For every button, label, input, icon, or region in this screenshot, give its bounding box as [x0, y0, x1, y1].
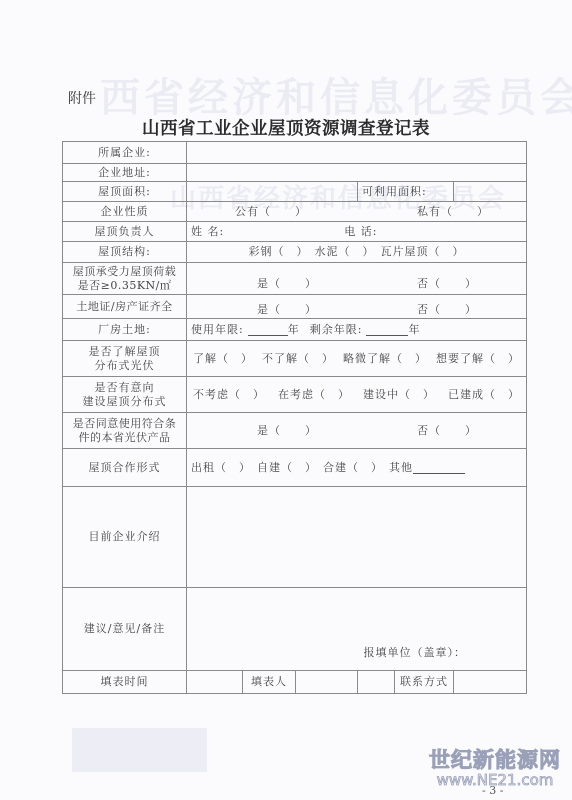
- structure-tile-option[interactable]: 瓦片屋顶（ ）: [381, 245, 465, 259]
- row-address: 企业地址:: [63, 164, 527, 182]
- factory-land-label: 厂房土地:: [63, 319, 187, 341]
- roof-load-label-line1: 屋顶承受力屋顶荷载: [67, 265, 182, 279]
- build-intent-label-line2: 建设屋顶分布式: [67, 395, 182, 409]
- usable-area-label: 可利用面积:: [358, 182, 454, 202]
- filler-field[interactable]: [296, 671, 358, 694]
- pv-awareness-label-line2: 分布式光伏: [67, 359, 182, 373]
- coop-lease-option[interactable]: 出租（ ）: [191, 461, 251, 475]
- contact-name-label: 姓 名:: [191, 225, 224, 239]
- row-cooperation: 屋顶合作形式 出租（ ） 自建（ ） 合建（ ） 其他: [63, 449, 527, 487]
- coop-other-field[interactable]: [413, 462, 465, 474]
- intent-considering-option[interactable]: 在考虑（ ）: [278, 388, 350, 402]
- structure-color-steel-option[interactable]: 彩钢（ ）: [249, 245, 309, 259]
- filler-label: 填表人: [243, 671, 296, 694]
- remaining-years-label: 剩余年限:: [310, 323, 363, 337]
- remaining-years-unit: 年: [408, 323, 420, 337]
- registration-form-table: 所属企业: 企业地址: 屋顶面积: 可利用面积: 企业性质 公有（ ） 私有（ …: [62, 141, 527, 694]
- attachment-label: 附件: [68, 88, 96, 108]
- cooperation-label: 屋顶合作形式: [63, 449, 187, 487]
- structure-concrete-option[interactable]: 水泥（ ）: [315, 245, 375, 259]
- remarks-field[interactable]: 报填单位（盖章）：: [187, 588, 527, 671]
- local-products-label-line2: 件的本省光伏产品: [67, 431, 182, 445]
- roof-load-yes-option[interactable]: 是（ ）: [257, 277, 317, 291]
- pv-aware-slightly-option[interactable]: 略微了解（ ）: [343, 352, 427, 366]
- local-products-no-option[interactable]: 否（ ）: [417, 424, 477, 438]
- company-intro-field[interactable]: [187, 487, 527, 588]
- usage-years-unit: 年: [288, 323, 300, 337]
- coop-self-build-option[interactable]: 自建（ ）: [257, 461, 317, 475]
- usable-area-field[interactable]: [454, 182, 527, 202]
- roof-area-field[interactable]: [187, 182, 358, 202]
- intent-under-construction-option[interactable]: 建设中（ ）: [363, 388, 435, 402]
- ownership-private-option[interactable]: 私有（ ）: [417, 205, 489, 219]
- remarks-label: 建议/意见/备注: [63, 588, 187, 671]
- land-cert-no-option[interactable]: 否（ ）: [417, 303, 477, 317]
- intent-not-considering-option[interactable]: 不考虑（ ）: [193, 388, 265, 402]
- land-certificate-label: 土地证/房产证齐全: [63, 295, 187, 319]
- build-intent-label-line1: 是否有意向: [67, 381, 182, 395]
- roof-contact-label: 屋顶负责人: [63, 222, 187, 242]
- contact-label: 联系方式: [395, 671, 454, 694]
- pv-awareness-label-line1: 是否了解屋顶: [67, 345, 182, 359]
- pv-aware-yes-option[interactable]: 了解（ ）: [193, 352, 253, 366]
- coop-other-label: 其他: [389, 461, 413, 475]
- land-cert-yes-option[interactable]: 是（ ）: [257, 303, 317, 317]
- filler-field-extra[interactable]: [358, 671, 395, 694]
- local-products-yes-option[interactable]: 是（ ）: [257, 424, 317, 438]
- scan-artifact: [72, 728, 207, 772]
- company-field[interactable]: [187, 142, 527, 164]
- pv-aware-no-option[interactable]: 不了解（ ）: [262, 352, 334, 366]
- usage-years-label: 使用年限:: [191, 323, 244, 337]
- page-number: - 3 -: [482, 784, 503, 797]
- address-label: 企业地址:: [63, 164, 187, 182]
- row-local-products: 是否同意使用符合条 件的本省光伏产品 是（ ） 否（ ）: [63, 413, 527, 449]
- row-land-certificate: 土地证/房产证齐全 是（ ） 否（ ）: [63, 295, 527, 319]
- row-remarks: 建议/意见/备注 报填单位（盖章）：: [63, 588, 527, 671]
- roof-structure-label: 屋顶结构:: [63, 242, 187, 263]
- row-roof-structure: 屋顶结构: 彩钢（ ） 水泥（ ） 瓦片屋顶（ ）: [63, 242, 527, 263]
- pv-aware-want-option[interactable]: 想要了解（ ）: [436, 352, 520, 366]
- row-build-intent: 是否有意向 建设屋顶分布式 不考虑（ ） 在考虑（ ） 建设中（ ） 已建成（ …: [63, 377, 527, 413]
- row-company-intro: 目前企业介绍: [63, 487, 527, 588]
- row-company: 所属企业:: [63, 142, 527, 164]
- document-title: 山西省工业企业屋顶资源调查登记表: [0, 115, 572, 140]
- row-roof-load: 屋顶承受力屋顶荷载 是否≥0.35KN/㎡ 是（ ） 否（ ）: [63, 263, 527, 295]
- company-label: 所属企业:: [63, 142, 187, 164]
- row-roof-area: 屋顶面积: 可利用面积:: [63, 182, 527, 202]
- row-roof-contact: 屋顶负责人 姓 名: 电 话:: [63, 222, 527, 242]
- row-footer: 填表时间 填表人 联系方式: [63, 671, 527, 694]
- roof-load-label-line2: 是否≥0.35KN/㎡: [67, 279, 182, 293]
- coop-joint-build-option[interactable]: 合建（ ）: [323, 461, 383, 475]
- roof-area-label: 屋顶面积:: [63, 182, 187, 202]
- roof-load-no-option[interactable]: 否（ ）: [417, 277, 477, 291]
- fill-date-field[interactable]: [187, 671, 243, 694]
- remaining-years-field[interactable]: [366, 324, 408, 336]
- row-ownership: 企业性质 公有（ ） 私有（ ）: [63, 202, 527, 222]
- company-intro-label: 目前企业介绍: [63, 487, 187, 588]
- contact-phone-label: 电 话:: [344, 225, 377, 239]
- usage-years-field[interactable]: [248, 324, 288, 336]
- ownership-public-option[interactable]: 公有（ ）: [235, 205, 307, 219]
- site-watermark: 世纪新能源网 www.NE21.com: [420, 748, 570, 788]
- stamp-label: 报填单位（盖章）：: [364, 646, 467, 660]
- intent-built-option[interactable]: 已建成（ ）: [448, 388, 520, 402]
- contact-field[interactable]: [454, 671, 527, 694]
- address-field[interactable]: [187, 164, 527, 182]
- row-factory-land: 厂房土地: 使用年限: 年 剩余年限: 年: [63, 319, 527, 341]
- ownership-label: 企业性质: [63, 202, 187, 222]
- local-products-label-line1: 是否同意使用符合条: [67, 417, 182, 431]
- fill-date-label: 填表时间: [63, 671, 187, 694]
- row-pv-awareness: 是否了解屋顶 分布式光伏 了解（ ） 不了解（ ） 略微了解（ ） 想要了解（ …: [63, 341, 527, 377]
- watermark-name: 世纪新能源网: [420, 748, 570, 772]
